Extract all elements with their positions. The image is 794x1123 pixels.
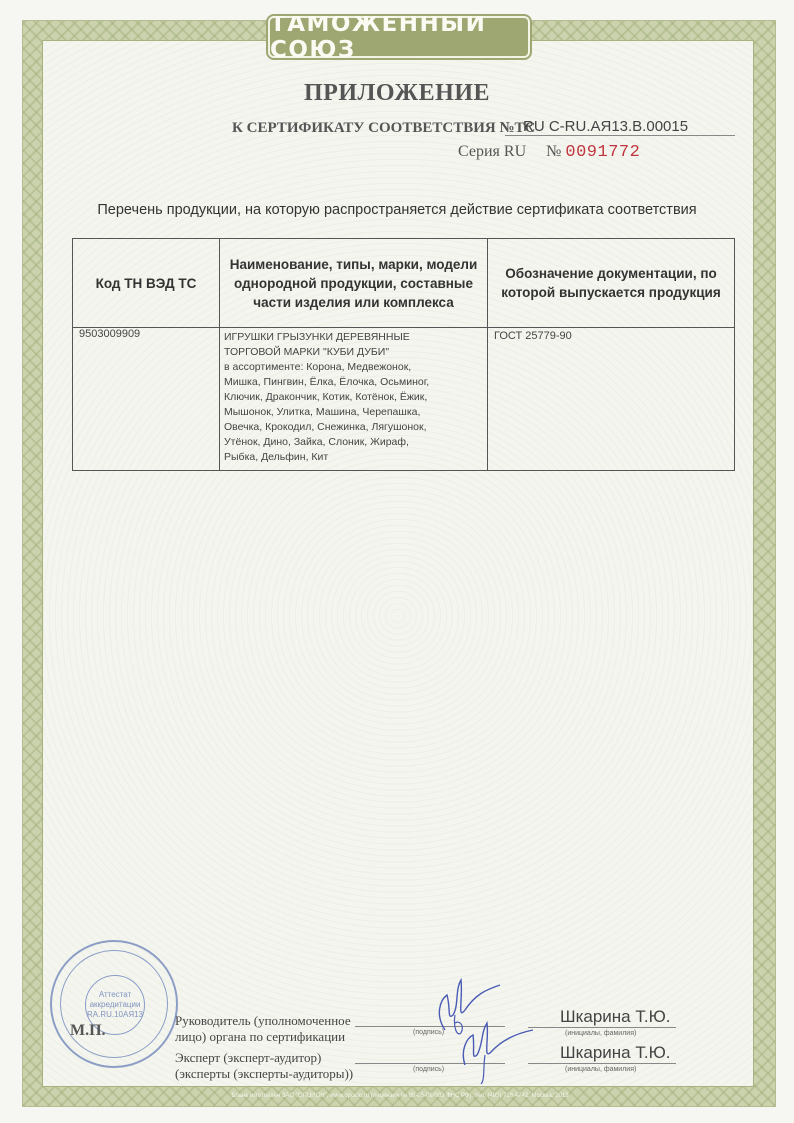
table-header-row: Код ТН ВЭД ТС Наименование, типы, марки,… <box>73 239 735 328</box>
certificate-inner-area <box>42 40 754 1087</box>
name-line: ТОРГОВОЙ МАРКИ "КУБИ ДУБИ" <box>224 345 483 360</box>
header-name: Наименование, типы, марки, модели одноро… <box>220 239 488 328</box>
expert-label: Эксперт (эксперт-аудитор) (эксперты (экс… <box>175 1050 353 1082</box>
seal-stamp: Аттестат аккредитации RA.RU.10АЯ13 <box>50 940 178 1068</box>
series-number: 0091772 <box>565 143 640 162</box>
head-label-line: лицо) органа по сертификации <box>175 1029 351 1045</box>
name-line: ИГРУШКИ ГРЫЗУНКИ ДЕРЕВЯННЫЕ <box>224 330 483 345</box>
expert-signature-icon <box>455 1020 535 1085</box>
initials-caption: (инициалы, фамилия) <box>565 1066 636 1073</box>
seal-text: RA.RU.10АЯ13 <box>86 1010 144 1020</box>
seal-text: Аттестат <box>86 990 144 1000</box>
name-line: Рыбка, Дельфин, Кит <box>224 450 483 465</box>
cell-documentation: ГОСТ 25779-90 <box>488 328 735 471</box>
expert-name-line <box>528 1063 676 1064</box>
series-label: Серия RU <box>458 143 526 160</box>
certificate-label: К СЕРТИФИКАТУ СООТВЕТСТВИЯ №ТС <box>232 120 535 137</box>
customs-union-banner: ТАМОЖЕННЫЙ СОЮЗ <box>268 16 530 58</box>
head-label-line: Руководитель (уполномоченное <box>175 1013 351 1029</box>
expert-label-line: Эксперт (эксперт-аудитор) <box>175 1050 353 1066</box>
certificate-number: RU C-RU.АЯ13.В.00015 <box>505 118 735 136</box>
header-doc: Обозначение документации, по которой вып… <box>488 239 735 328</box>
seal-place-label: М.П. <box>70 1022 106 1040</box>
initials-caption: (инициалы, фамилия) <box>565 1030 636 1037</box>
series-line: Серия RU № 0091772 <box>458 143 640 162</box>
head-label: Руководитель (уполномоченное лицо) орган… <box>175 1013 351 1045</box>
name-line: Ключик, Дракончик, Котик, Котёнок, Ёжик, <box>224 390 483 405</box>
head-name: Шкарина Т.Ю. <box>560 1007 670 1027</box>
name-line: Утёнок, Дино, Зайка, Слоник, Жираф, <box>224 435 483 450</box>
blank-manufacturer-note: Бланк изготовлен ЗАО "ОПЦИОН", www.opcio… <box>210 1093 590 1099</box>
signature-caption: (подпись) <box>413 1066 444 1073</box>
products-table: Код ТН ВЭД ТС Наименование, типы, марки,… <box>72 238 735 471</box>
expert-name: Шкарина Т.Ю. <box>560 1043 670 1063</box>
expert-label-line: (эксперты (эксперты-аудиторы)) <box>175 1066 353 1082</box>
table-row: 9503009909 ИГРУШКИ ГРЫЗУНКИ ДЕРЕВЯННЫЕ Т… <box>73 328 735 471</box>
series-no-label: № <box>546 143 561 160</box>
header-code: Код ТН ВЭД ТС <box>73 239 220 328</box>
name-line: в ассортименте: Корона, Медвежонок, <box>224 360 483 375</box>
cell-code: 9503009909 <box>73 328 220 471</box>
cell-product-names: ИГРУШКИ ГРЫЗУНКИ ДЕРЕВЯННЫЕ ТОРГОВОЙ МАР… <box>220 328 488 471</box>
name-line: Мишка, Пингвин, Ёлка, Ёлочка, Осьминог, <box>224 375 483 390</box>
name-line: Овечка, Крокодил, Снежинка, Лягушонок, <box>224 420 483 435</box>
product-list-subtitle: Перечень продукции, на которую распростр… <box>0 202 794 218</box>
name-line: Мышонок, Улитка, Машина, Черепашка, <box>224 405 483 420</box>
page-title: ПРИЛОЖЕНИЕ <box>0 80 794 107</box>
head-name-line <box>528 1027 676 1028</box>
seal-text: аккредитации <box>86 1000 144 1010</box>
